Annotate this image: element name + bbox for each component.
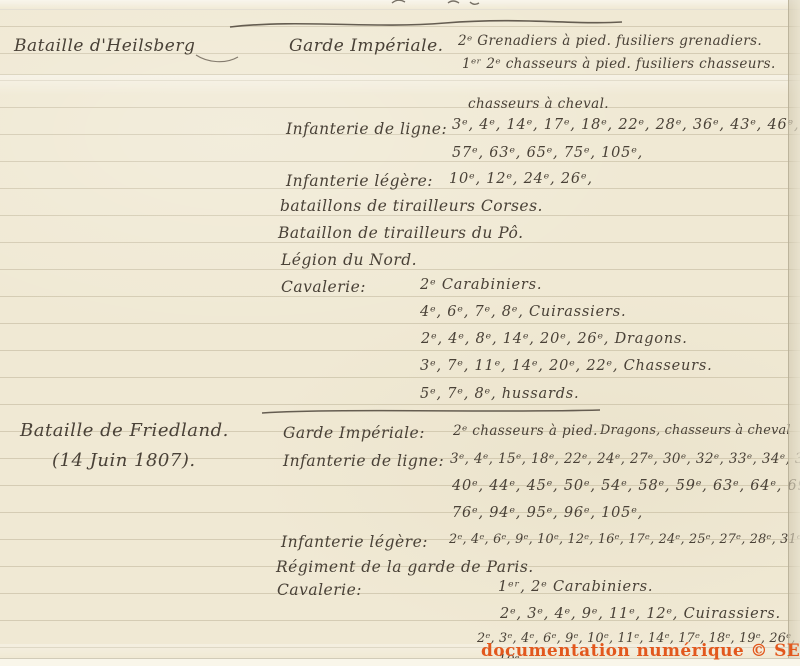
heilsberg-legere-label: Infanterie légère: bbox=[286, 172, 433, 190]
heilsberg-ligne-label: Infanterie de ligne: bbox=[286, 120, 447, 138]
friedland-garde-line1: 2ᵉ chasseurs à pied. bbox=[453, 423, 598, 439]
friedland-section-rule bbox=[262, 410, 600, 413]
heilsberg-garde-label: Garde Impériale. bbox=[289, 36, 444, 56]
paper-crease-top bbox=[0, 0, 800, 10]
heilsberg-cavalerie-label: Cavalerie: bbox=[281, 278, 366, 296]
heilsberg-section-rule bbox=[230, 21, 622, 27]
heilsberg-cavalerie-line2: 4ᵉ, 6ᵉ, 7ᵉ, 8ᵉ, Cuirassiers. bbox=[420, 304, 626, 320]
friedland-cavalerie-label: Cavalerie: bbox=[277, 581, 362, 599]
heilsberg-garde-line3: chasseurs à cheval. bbox=[468, 96, 609, 112]
friedland-garde-line2: Dragons, chasseurs à cheval bbox=[600, 423, 791, 438]
heilsberg-battle-title: Bataille d'Heilsberg bbox=[14, 36, 195, 56]
friedland-legere-label: Infanterie légère: bbox=[281, 533, 428, 551]
friedland-cavalerie-line1: 1ᵉʳ, 2ᵉ Carabiniers. bbox=[498, 579, 653, 595]
heilsberg-cavalerie-line4: 3ᵉ, 7ᵉ, 11ᵉ, 14ᵉ, 20ᵉ, 22ᵉ, Chasseurs. bbox=[420, 358, 713, 374]
friedland-battle-title: Bataille de Friedland. bbox=[20, 420, 229, 441]
heilsberg-cavalerie-line1: 2ᵉ Carabiniers. bbox=[420, 277, 542, 293]
heilsberg-tirailleurs-po: Bataillon de tirailleurs du Pô. bbox=[278, 224, 524, 242]
heilsberg-cavalerie-line3: 2ᵉ, 4ᵉ, 8ᵉ, 14ᵉ, 20ᵉ, 26ᵉ, Dragons. bbox=[421, 331, 688, 347]
heilsberg-garde-line2: 1ᵉʳ 2ᵉ chasseurs à pied. fusiliers chass… bbox=[462, 56, 776, 72]
friedland-garde-label: Garde Impériale: bbox=[283, 424, 425, 442]
friedland-ligne-label: Infanterie de ligne: bbox=[283, 452, 444, 470]
friedland-ligne-line1: 3ᵉ, 4ᵉ, 15ᵉ, 18ᵉ, 22ᵉ, 24ᵉ, 27ᵉ, 30ᵉ, 32… bbox=[450, 451, 800, 467]
page-right-edge bbox=[788, 0, 800, 666]
manuscript-page: Bataille d'Heilsberg Garde Impériale. 2ᵉ… bbox=[0, 0, 800, 666]
heilsberg-ligne-line1: 3ᵉ, 4ᵉ, 14ᵉ, 17ᵉ, 18ᵉ, 22ᵉ, 28ᵉ, 36ᵉ, 43… bbox=[452, 117, 800, 133]
heilsberg-legion-nord: Légion du Nord. bbox=[281, 251, 417, 269]
paper-crease-middle bbox=[0, 74, 800, 95]
heilsberg-garde-line1: 2ᵉ Grenadiers à pied. fusiliers grenadie… bbox=[458, 33, 762, 49]
title-flourish bbox=[196, 55, 238, 62]
friedland-ligne-line3: 76ᵉ, 94ᵉ, 95ᵉ, 96ᵉ, 105ᵉ, bbox=[452, 505, 643, 521]
friedland-battle-date: (14 Juin 1807). bbox=[52, 450, 196, 471]
friedland-cavalerie-line2: 2ᵉ, 3ᵉ, 4ᵉ, 9ᵉ, 11ᵉ, 12ᵉ, Cuirassiers. bbox=[500, 606, 781, 622]
watermark-text: documentation numérique © SEHRI 2012 bbox=[481, 641, 800, 661]
heilsberg-cavalerie-line5: 5ᵉ, 7ᵉ, 8ᵉ, hussards. bbox=[420, 386, 579, 402]
heilsberg-tirailleurs-corses: bataillons de tirailleurs Corses. bbox=[280, 197, 543, 215]
cropped-header-ink-marks bbox=[392, 0, 479, 4]
friedland-ligne-line2: 40ᵉ, 44ᵉ, 45ᵉ, 50ᵉ, 54ᵉ, 58ᵉ, 59ᵉ, 63ᵉ, … bbox=[452, 478, 800, 494]
heilsberg-legere-line1: 10ᵉ, 12ᵉ, 24ᵉ, 26ᵉ, bbox=[449, 171, 593, 187]
friedland-garde-paris: Régiment de la garde de Paris. bbox=[276, 558, 534, 576]
heilsberg-ligne-line2: 57ᵉ, 63ᵉ, 65ᵉ, 75ᵉ, 105ᵉ, bbox=[452, 145, 643, 161]
friedland-legere-line1: 2ᵉ, 4ᵉ, 6ᵉ, 9ᵉ, 10ᵉ, 12ᵉ, 16ᵉ, 17ᵉ, 24ᵉ,… bbox=[449, 532, 800, 547]
